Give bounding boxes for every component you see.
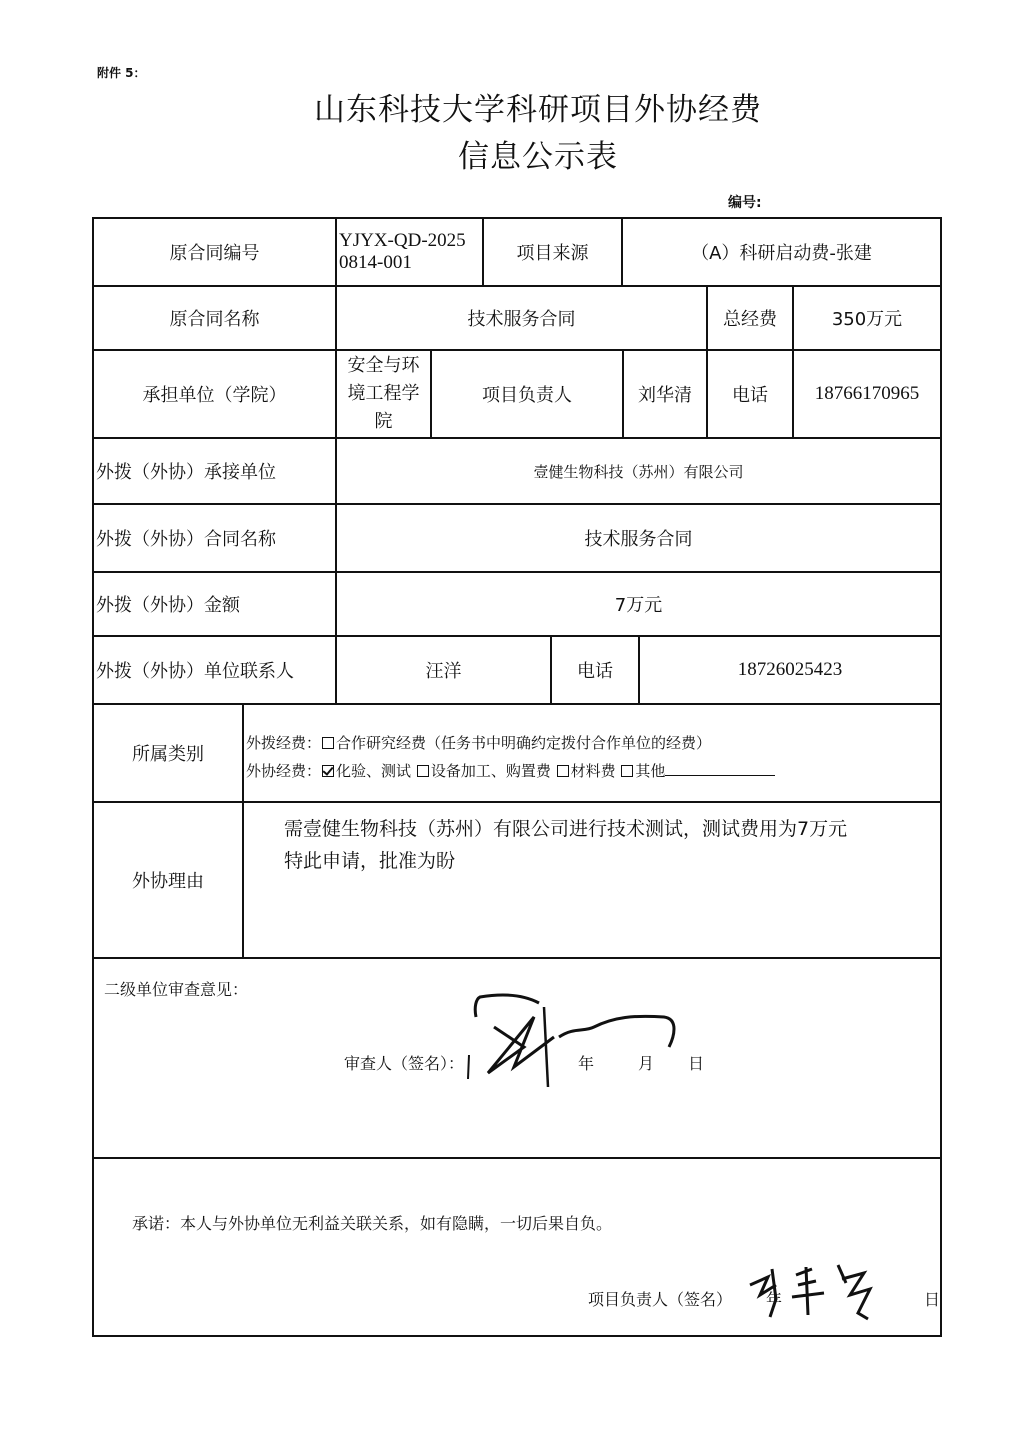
info-form-table: 原合同编号 YJYX-QD-2025 0814-001 项目来源 （A）科研启动… bbox=[92, 217, 942, 1337]
outsource-amount-value: 7万元 bbox=[337, 573, 940, 635]
unit-line1: 安全与环 bbox=[348, 352, 420, 380]
outsource-contact-value: 汪洋 bbox=[337, 637, 552, 703]
project-source-label: 项目来源 bbox=[484, 219, 623, 285]
option-equipment-label: 设备加工、购置费 bbox=[431, 762, 551, 780]
leader-phone-label: 电话 bbox=[708, 351, 794, 437]
review-year-label: 年 bbox=[578, 1051, 594, 1074]
document-title: 山东科技大学科研项目外协经费 bbox=[26, 84, 1024, 129]
outsource-phone-label: 电话 bbox=[552, 637, 640, 703]
checkbox-materials[interactable] bbox=[557, 765, 569, 777]
row-outsource-contact: 外拨（外协）单位联系人 汪洋 电话 18726025423 bbox=[94, 637, 940, 705]
review-day-label: 日 bbox=[688, 1051, 704, 1074]
project-source-value: （A）科研启动费-张建 bbox=[623, 219, 940, 285]
cooperative-research-label: 合作研究经费（任务书中明确约定拨付合作单位的经费） bbox=[336, 734, 711, 752]
undertaking-unit-label: 承担单位（学院） bbox=[94, 351, 337, 437]
reason-line1: 需壹健生物科技（苏州）有限公司进行技术测试，测试费用为7万元 bbox=[284, 813, 847, 845]
outsource-amount-label: 外拨（外协）金额 bbox=[94, 573, 337, 635]
outsource-contract-name-value: 技术服务合同 bbox=[337, 505, 940, 571]
row-commitment: 承诺：本人与外协单位无利益关联关系，如有隐瞒，一切后果自负。 项目负责人（签名）… bbox=[94, 1159, 940, 1335]
commit-year-label: 年 bbox=[766, 1287, 782, 1310]
undertaking-unit-value: 安全与环 境工程学 院 bbox=[337, 351, 432, 437]
project-leader-value: 刘华清 bbox=[624, 351, 708, 437]
total-funds-value: 350万元 bbox=[794, 287, 940, 349]
original-contract-name-value: 技术服务合同 bbox=[337, 287, 708, 349]
attachment-label: 附件 5： bbox=[97, 64, 146, 81]
category-line-2: 外协经费：化验、测试 设备加工、购置费 材料费 其他 bbox=[246, 757, 775, 785]
total-funds-label: 总经费 bbox=[708, 287, 794, 349]
checkbox-testing-checked[interactable] bbox=[322, 765, 334, 777]
option-other-label: 其他 bbox=[635, 762, 665, 780]
category-options: 外拨经费：合作研究经费（任务书中明确约定拨付合作单位的经费） 外协经费：化验、测… bbox=[246, 729, 775, 785]
row-original-contract-name: 原合同名称 技术服务合同 总经费 350万元 bbox=[94, 287, 940, 351]
reason-text: 需壹健生物科技（苏州）有限公司进行技术测试，测试费用为7万元 特此申请，批准为盼 bbox=[284, 813, 847, 877]
checkbox-cooperative-research[interactable] bbox=[322, 737, 334, 749]
original-contract-name-label: 原合同名称 bbox=[94, 287, 337, 349]
commit-day-label: 日 bbox=[924, 1287, 940, 1310]
category-line-1: 外拨经费：合作研究经费（任务书中明确约定拨付合作单位的经费） bbox=[246, 729, 775, 757]
unit-line2: 境工程学 bbox=[348, 380, 420, 408]
option-testing-label: 化验、测试 bbox=[336, 762, 411, 780]
outsource-funds-prefix: 外协经费： bbox=[246, 762, 321, 780]
contract-no-line2: 0814-001 bbox=[339, 252, 412, 274]
row-outsource-amount: 外拨（外协）金额 7万元 bbox=[94, 573, 940, 637]
review-heading: 二级单位审查意见： bbox=[104, 977, 248, 1000]
other-blank-line[interactable] bbox=[665, 761, 775, 776]
project-leader-label: 项目负责人 bbox=[432, 351, 624, 437]
reviewer-signature bbox=[464, 987, 704, 1097]
original-contract-no-value: YJYX-QD-2025 0814-001 bbox=[337, 219, 484, 285]
outsource-unit-value: 壹健生物科技（苏州）有限公司 bbox=[337, 439, 940, 503]
row-original-contract-no: 原合同编号 YJYX-QD-2025 0814-001 项目来源 （A）科研启动… bbox=[94, 219, 940, 287]
category-label: 所属类别 bbox=[94, 705, 244, 801]
external-funds-prefix: 外拨经费： bbox=[246, 734, 321, 752]
option-materials-label: 材料费 bbox=[571, 762, 616, 780]
outsource-contact-label: 外拨（外协）单位联系人 bbox=[94, 637, 337, 703]
outsource-contract-name-label: 外拨（外协）合同名称 bbox=[94, 505, 337, 571]
serial-number-label: 编号: bbox=[728, 192, 762, 212]
row-reason: 外协理由 需壹健生物科技（苏州）有限公司进行技术测试，测试费用为7万元 特此申请… bbox=[94, 803, 940, 959]
unit-line3: 院 bbox=[375, 408, 393, 436]
review-month-label: 月 bbox=[638, 1051, 654, 1074]
reviewer-sign-label: 审查人（签名）： bbox=[344, 1051, 464, 1074]
commitment-text: 承诺：本人与外协单位无利益关联关系，如有隐瞒，一切后果自负。 bbox=[132, 1211, 612, 1234]
row-outsource-contract-name: 外拨（外协）合同名称 技术服务合同 bbox=[94, 505, 940, 573]
leader-phone-value: 18766170965 bbox=[794, 351, 940, 437]
row-review: 二级单位审查意见： 审查人（签名）： 年 月 日 bbox=[94, 959, 940, 1159]
row-undertaking-unit: 承担单位（学院） 安全与环 境工程学 院 项目负责人 刘华清 电话 187661… bbox=[94, 351, 940, 439]
original-contract-no-label: 原合同编号 bbox=[94, 219, 337, 285]
checkbox-equipment[interactable] bbox=[417, 765, 429, 777]
row-outsource-unit: 外拨（外协）承接单位 壹健生物科技（苏州）有限公司 bbox=[94, 439, 940, 505]
reason-label: 外协理由 bbox=[94, 803, 244, 957]
document-subtitle: 信息公示表 bbox=[26, 131, 1024, 176]
checkbox-other[interactable] bbox=[621, 765, 633, 777]
contract-no-line1: YJYX-QD-2025 bbox=[339, 230, 466, 252]
outsource-phone-value: 18726025423 bbox=[640, 637, 940, 703]
leader-sign-label: 项目负责人（签名） bbox=[588, 1287, 732, 1310]
row-category: 所属类别 外拨经费：合作研究经费（任务书中明确约定拨付合作单位的经费） 外协经费… bbox=[94, 705, 940, 803]
outsource-unit-label: 外拨（外协）承接单位 bbox=[94, 439, 337, 503]
reason-line2: 特此申请，批准为盼 bbox=[284, 845, 847, 877]
